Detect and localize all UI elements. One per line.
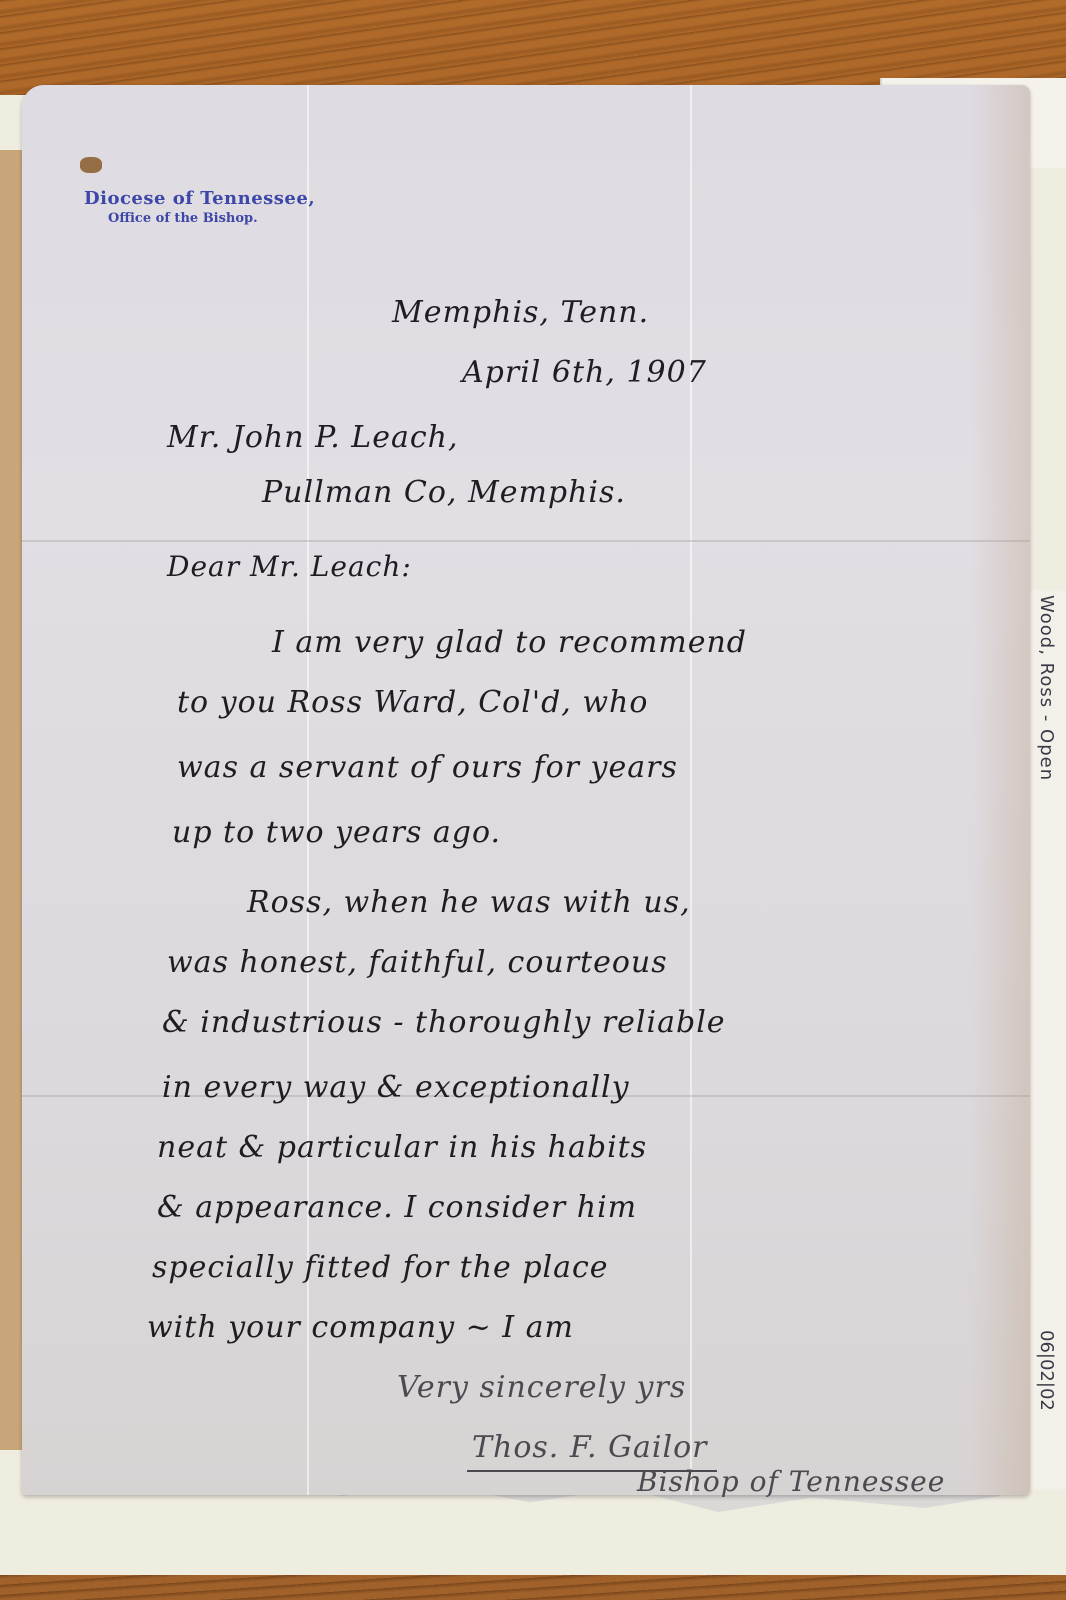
body-line: I am very glad to recommend [272, 625, 747, 660]
body-line: & appearance. I consider him [157, 1190, 637, 1225]
wooden-table-surface [0, 1575, 1066, 1600]
body-line: was honest, faithful, courteous [167, 945, 668, 980]
letterhead: Diocese of Tennessee, Office of the Bish… [84, 188, 315, 226]
letter-date: April 6th, 1907 [462, 355, 707, 390]
folder-label-text: Wood, Ross - Open [1036, 595, 1057, 781]
signer-title: Bishop of Tennessee [637, 1465, 945, 1498]
closing: Very sincerely yrs [397, 1370, 686, 1405]
body-line: with your company ~ I am [147, 1310, 574, 1345]
salutation: Dear Mr. Leach: [167, 550, 412, 583]
recipient-name: Mr. John P. Leach, [167, 420, 459, 455]
body-line: & industrious - thoroughly reliable [162, 1005, 726, 1040]
body-line: in every way & exceptionally [162, 1070, 630, 1105]
letter-sheet: Diocese of Tennessee, Office of the Bish… [22, 85, 1030, 1495]
body-line: to you Ross Ward, Col'd, who [177, 685, 648, 720]
stain-mark [80, 157, 102, 173]
paper-edge-stain [970, 85, 1030, 1495]
fold-crease [690, 85, 692, 1495]
body-line: up to two years ago. [172, 815, 501, 850]
fold-crease [22, 540, 1030, 542]
body-line: specially fitted for the place [152, 1250, 609, 1285]
folder-number: 06|02|02 [1036, 1330, 1057, 1411]
letter-place: Memphis, Tenn. [392, 295, 649, 330]
body-line: Ross, when he was with us, [247, 885, 691, 920]
body-line: neat & particular in his habits [157, 1130, 647, 1165]
letterhead-office: Office of the Bishop. [108, 211, 315, 226]
letterhead-diocese: Diocese of Tennessee, [84, 188, 315, 209]
recipient-address: Pullman Co, Memphis. [262, 475, 626, 510]
signature: Thos. F. Gailor [472, 1430, 708, 1465]
body-line: was a servant of ours for years [177, 750, 678, 785]
